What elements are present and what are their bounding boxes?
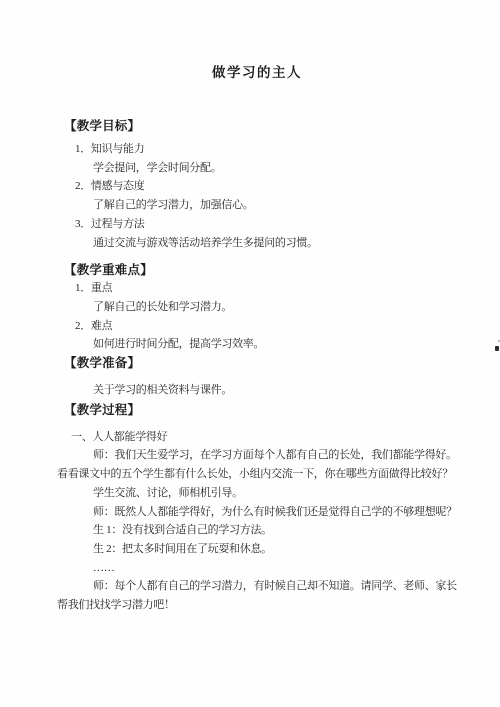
- document-title: 做学习的主人: [57, 64, 457, 82]
- heading-teaching-preparation: 【教学准备】: [57, 355, 457, 371]
- document-content: 做学习的主人 【教学目标】 1．知识与能力 学会提问，学会时间分配。 2．情感与…: [57, 64, 457, 615]
- teacher-dialogue-line: 师：我们天生爱学习，在学习方面每个人都有自己的长处，我们都能学得好。看看课文中的…: [57, 446, 457, 483]
- key-point-item: 1．重点: [57, 279, 457, 298]
- teacher-dialogue-line: 师：每个人都有自己的学习潜力，有时候自己却不知道。请同学、老师、家长帮我们找找学…: [57, 577, 457, 614]
- heading-key-difficult-points: 【教学重难点】: [57, 262, 457, 278]
- section-teaching-process: 【教学过程】 一、人人都能学得好 师：我们天生爱学习，在学习方面每个人都有自己的…: [57, 402, 457, 615]
- teacher-dialogue-line: 师：既然人人都能学得好，为什么有时候我们还是觉得自己学的不够理想呢？: [57, 503, 457, 522]
- heading-teaching-process: 【教学过程】: [57, 402, 457, 418]
- objective-detail-knowledge-ability: 学会提问，学会时间分配。: [57, 159, 457, 178]
- preparation-detail: 关于学习的相关资料与课件。: [57, 381, 457, 400]
- objective-detail-process-method: 通过交流与游戏等活动培养学生多提问的习惯。: [57, 234, 457, 253]
- student-2-answer-line: 生 2：把太多时间用在了玩耍和休息。: [57, 540, 457, 559]
- objective-detail-emotion-attitude: 了解自己的学习潜力，加强信心。: [57, 196, 457, 215]
- process-subsection-title: 一、人人都能学得好: [57, 428, 457, 447]
- scan-artifact-dot: [495, 346, 499, 351]
- difficult-point-detail: 如何进行时间分配，提高学习效率。: [57, 335, 457, 354]
- heading-teaching-objectives: 【教学目标】: [57, 118, 457, 134]
- difficult-point-item: 2．难点: [57, 317, 457, 336]
- section-teaching-objectives: 【教学目标】 1．知识与能力 学会提问，学会时间分配。 2．情感与态度 了解自己…: [57, 118, 457, 252]
- objective-item-emotion-attitude: 2．情感与态度: [57, 177, 457, 196]
- ellipsis-line: ……: [57, 559, 457, 578]
- student-activity-line: 学生交流、讨论，师相机引导。: [57, 484, 457, 503]
- document-page: 做学习的主人 【教学目标】 1．知识与能力 学会提问，学会时间分配。 2．情感与…: [0, 0, 500, 707]
- objective-item-knowledge-ability: 1．知识与能力: [57, 140, 457, 159]
- section-teaching-preparation: 【教学准备】 关于学习的相关资料与课件。: [57, 355, 457, 400]
- section-key-difficult-points: 【教学重难点】 1．重点 了解自己的长处和学习潜力。 2．难点 如何进行时间分配…: [57, 262, 457, 354]
- objective-item-process-method: 3．过程与方法: [57, 215, 457, 234]
- student-1-answer-line: 生 1：没有找到合适自己的学习方法。: [57, 521, 457, 540]
- key-point-detail: 了解自己的长处和学习潜力。: [57, 298, 457, 317]
